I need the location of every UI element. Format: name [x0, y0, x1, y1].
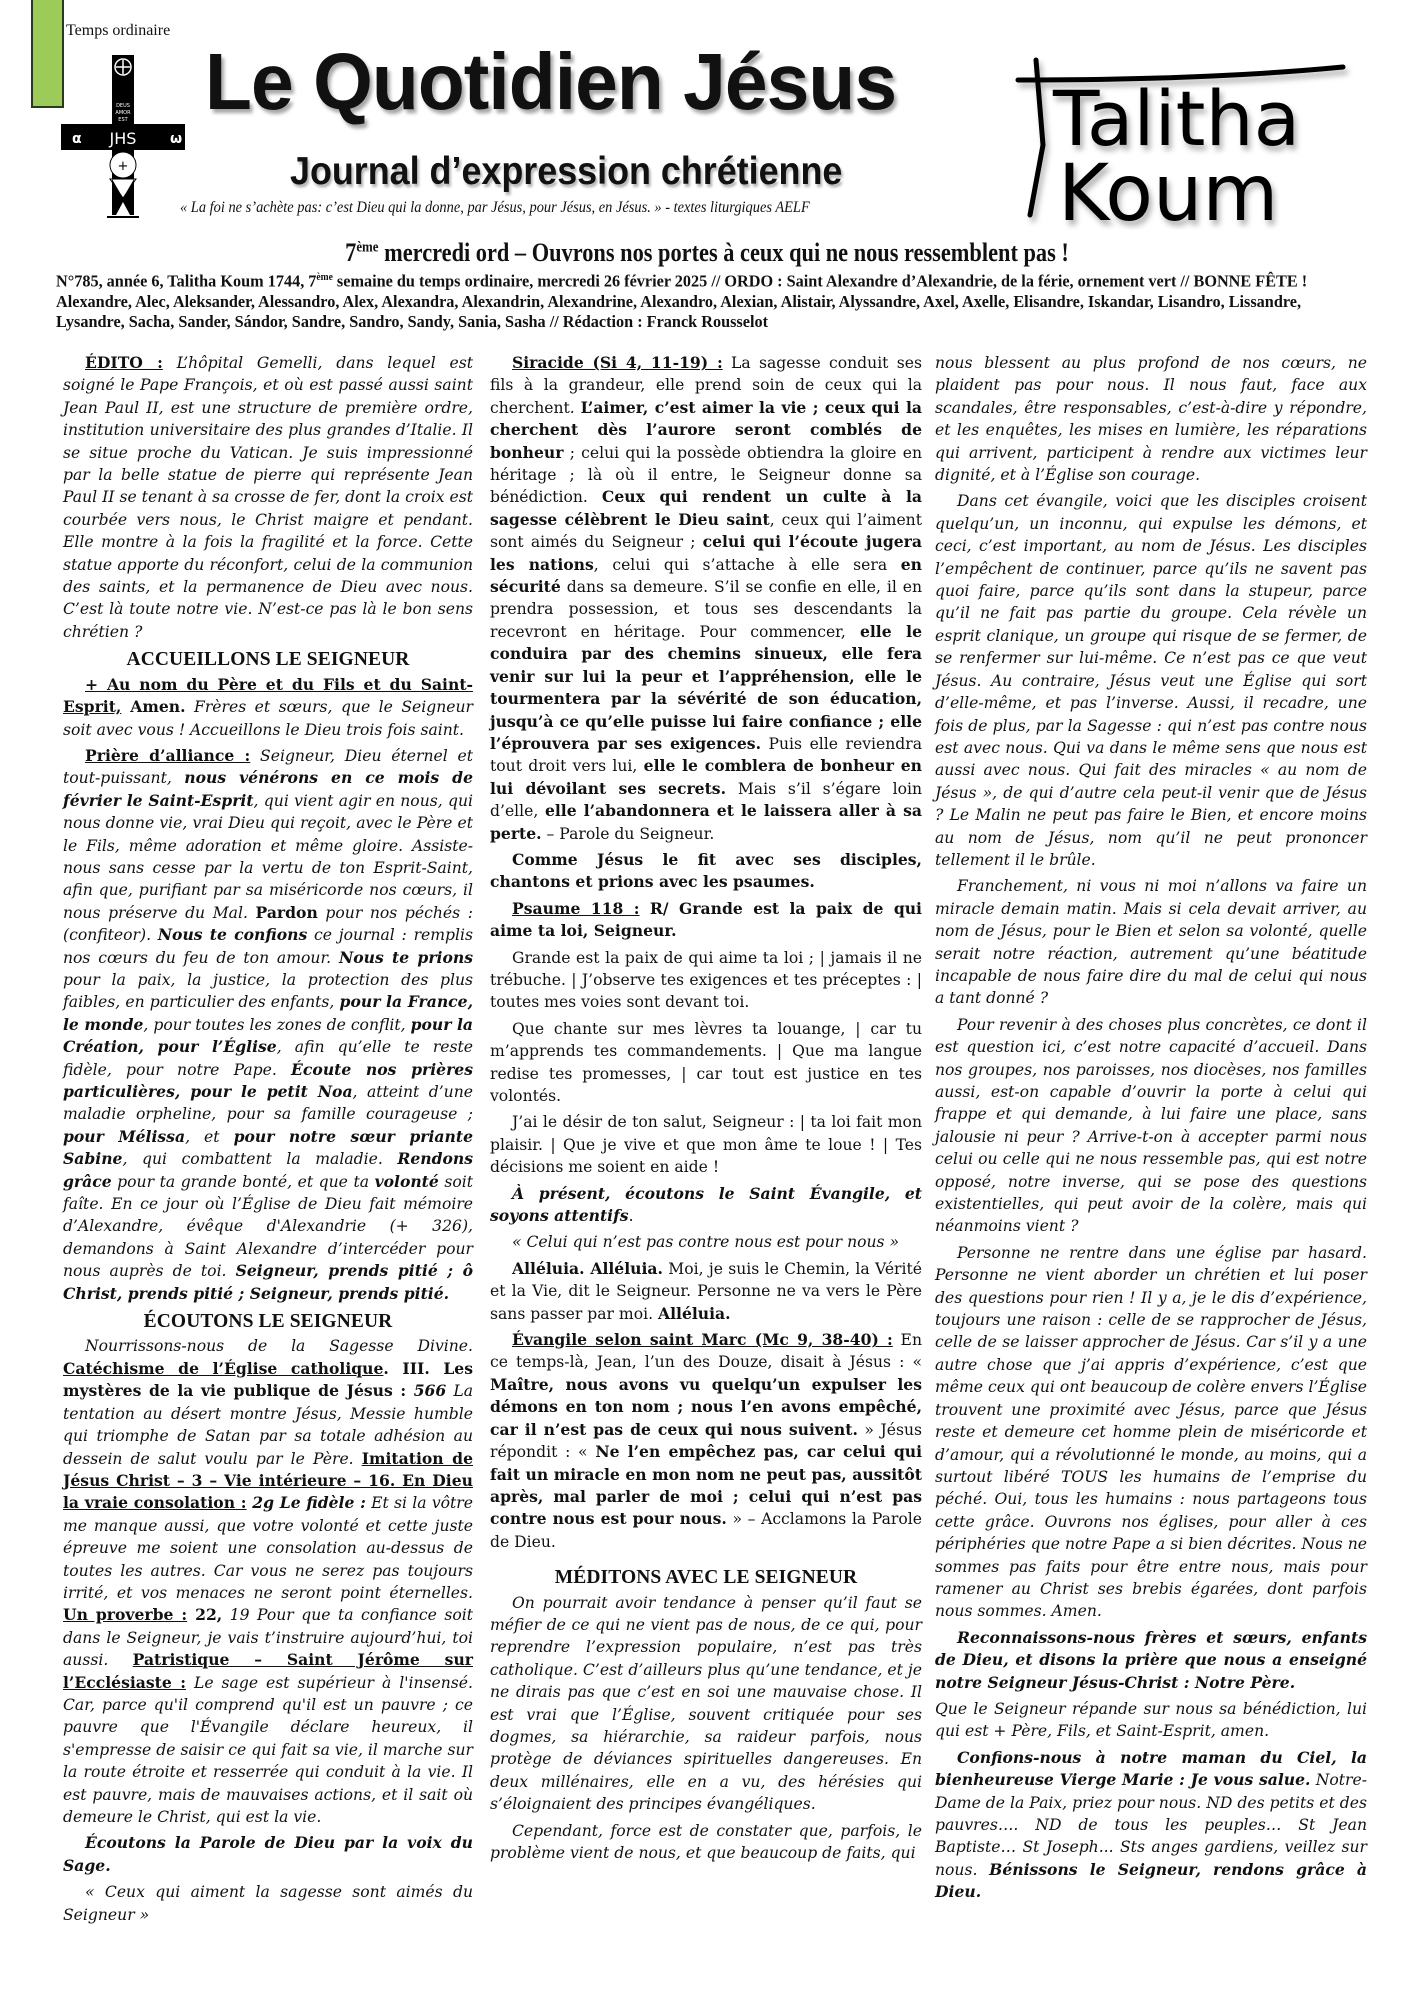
edito-paragraph: ÉDITO : L’hôpital Gemelli, dans lequel e… — [63, 352, 473, 643]
meditation-paragraph-2: Cependant, force est de constater que, p… — [490, 1820, 922, 1865]
svg-text:JHS: JHS — [109, 129, 137, 148]
gospel-intro: À présent, écoutons le Saint Évangile, e… — [490, 1183, 922, 1228]
opening-paragraph: + Au nom du Père et du Fils et du Saint-… — [63, 674, 473, 741]
daily-headline: 7ème mercredi ord – Ouvrons nos portes à… — [99, 238, 1315, 268]
issue-metadata: N°785, année 6, Talitha Koum 1744, 7ème … — [56, 268, 1336, 332]
svg-text:Koum: Koum — [1058, 149, 1278, 230]
psalm-refrain: Psaume 118 : R/ Grande est la paix de qu… — [490, 898, 922, 943]
meditation-paragraph-6: Personne ne rentre dans une église par h… — [935, 1242, 1367, 1623]
section-heading-ecoutons: ÉCOUTONS LE SEIGNEUR — [63, 1311, 473, 1333]
meditation-continued: nous blessent au plus profond de nos cœu… — [935, 352, 1367, 486]
meditation-paragraph-3: Dans cet évangile, voici que les discipl… — [935, 490, 1367, 871]
blessing: Que le Seigneur répande sur nous sa béné… — [935, 1698, 1367, 1743]
column-1: ÉDITO : L’hôpital Gemelli, dans lequel e… — [63, 352, 473, 1930]
readings-paragraph: Nourrissons-nous de la Sagesse Divine. C… — [63, 1335, 473, 1828]
psalm-verse-1: Grande est la paix de qui aime ta loi ; … — [490, 947, 922, 1014]
svg-text:AMOR: AMOR — [115, 110, 131, 116]
gospel-reading: Évangile selon saint Marc (Mc 9, 38-40) … — [490, 1329, 922, 1553]
our-father-intro: Reconnaissons-nous frères et sœurs, enfa… — [935, 1627, 1367, 1694]
marian-prayer: Confions-nous à notre maman du Ciel, la … — [935, 1747, 1367, 1904]
meditation-paragraph-4: Franchement, ni vous ni moi n’allons va … — [935, 875, 1367, 1009]
column-2: Siracide (Si 4, 11-19) : La sagesse cond… — [490, 352, 922, 1868]
motto: « La foi ne s’achète pas: c’est Dieu qui… — [180, 199, 810, 217]
svg-text:ω: ω — [170, 131, 182, 147]
psalm-verse-2: Que chante sur mes lèvres ta louange, | … — [490, 1018, 922, 1108]
svg-text:EST: EST — [118, 117, 128, 123]
talitha-koum-logo-icon: Talitha Koum — [1008, 55, 1388, 230]
listen-word-intro: Écoutons la Parole de Dieu par la voix d… — [63, 1832, 473, 1877]
column-3: nous blessent au plus profond de nos cœu… — [935, 352, 1367, 1908]
alleluia: Alléluia. Alléluia. Moi, je suis le Chem… — [490, 1258, 922, 1325]
jhs-cross-logo-icon: DEUS AMOR EST α JHS ω + — [60, 55, 186, 220]
psalm-verse-3: J’ai le désir de ton salut, Seigneur : |… — [490, 1111, 922, 1178]
covenant-prayer: Prière d’alliance : Seigneur, Dieu étern… — [63, 745, 473, 1305]
season-label: Temps ordinaire — [66, 22, 170, 40]
meditation-paragraph-1: On pourrait avoir tendance à penser qu’i… — [490, 1592, 922, 1816]
psalm-intro: Comme Jésus le fit avec ses disciples, c… — [490, 849, 922, 894]
svg-text:DEUS: DEUS — [116, 103, 130, 109]
svg-text:α: α — [72, 131, 82, 147]
wisdom-quote: « Ceux qui aiment la sagesse sont aimés … — [63, 1881, 473, 1926]
svg-text:+: + — [118, 159, 129, 174]
gospel-quote: « Celui qui n’est pas contre nous est po… — [490, 1231, 922, 1253]
first-reading: Siracide (Si 4, 11-19) : La sagesse cond… — [490, 352, 922, 845]
newspaper-subtitle: Journal d’expression chrétienne — [290, 152, 842, 191]
section-heading-meditons: MÉDITONS AVEC LE SEIGNEUR — [490, 1567, 922, 1589]
newspaper-title: Le Quotidien Jésus — [205, 42, 896, 122]
meditation-paragraph-5: Pour revenir à des choses plus concrètes… — [935, 1014, 1367, 1238]
section-heading-accueillons: ACCUEILLONS LE SEIGNEUR — [63, 649, 473, 671]
